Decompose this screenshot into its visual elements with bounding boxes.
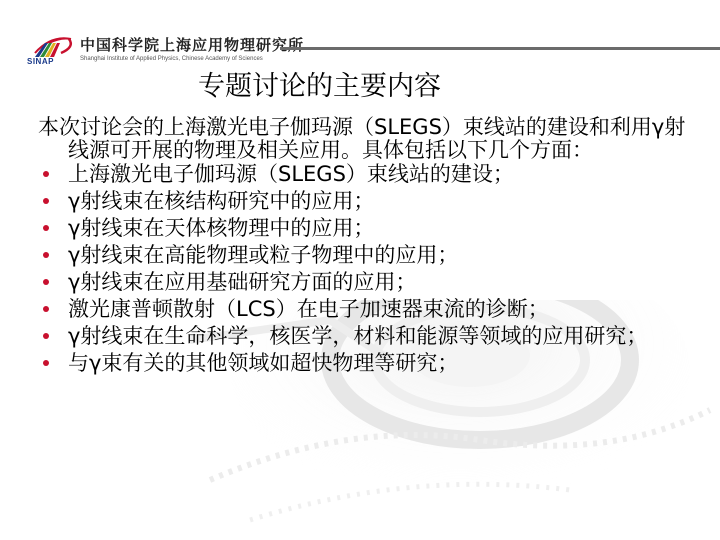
slide-header: SINAP 中国科学院上海应用物理研究所 Shanghai Institute … bbox=[0, 0, 720, 72]
bullet-icon bbox=[43, 171, 49, 177]
bullet-icon bbox=[43, 198, 49, 204]
list-item-text: γ射线束在生命科学，核医学，材料和能源等领域的应用研究； bbox=[68, 324, 647, 348]
bullet-icon bbox=[43, 279, 49, 285]
list-item: γ射线束在天体核物理中的应用； bbox=[38, 217, 688, 240]
list-item: γ射线束在生命科学，核医学，材料和能源等领域的应用研究； bbox=[38, 325, 688, 348]
topic-list: 上海激光电子伽玛源（SLEGS）束线站的建设； γ射线束在核结构研究中的应用； … bbox=[38, 163, 688, 375]
list-item-text: γ射线束在高能物理或粒子物理中的应用； bbox=[68, 243, 458, 267]
logo-abbreviation: SINAP bbox=[27, 57, 54, 66]
slide-body: 本次讨论会的上海激光电子伽玛源（SLEGS）束线站的建设和利用γ射线源可开展的物… bbox=[38, 116, 688, 379]
list-item-text: 与γ束有关的其他领域如超快物理等研究； bbox=[68, 351, 458, 375]
bullet-icon bbox=[43, 252, 49, 258]
bullet-icon bbox=[43, 360, 49, 366]
list-item-text: γ射线束在核结构研究中的应用； bbox=[68, 189, 374, 213]
list-item-text: γ射线束在应用基础研究方面的应用； bbox=[68, 270, 416, 294]
institute-name-cn: 中国科学院上海应用物理研究所 bbox=[80, 34, 304, 55]
intro-paragraph: 本次讨论会的上海激光电子伽玛源（SLEGS）束线站的建设和利用γ射线源可开展的物… bbox=[38, 116, 688, 162]
list-item: γ射线束在应用基础研究方面的应用； bbox=[38, 271, 688, 294]
list-item: 与γ束有关的其他领域如超快物理等研究； bbox=[38, 352, 688, 375]
list-item: 上海激光电子伽玛源（SLEGS）束线站的建设； bbox=[38, 163, 688, 186]
list-item: γ射线束在高能物理或粒子物理中的应用； bbox=[38, 244, 688, 267]
bullet-icon bbox=[43, 225, 49, 231]
list-item-text: γ射线束在天体核物理中的应用； bbox=[68, 216, 374, 240]
header-divider bbox=[280, 47, 720, 50]
institute-name-en: Shanghai Institute of Applied Physics, C… bbox=[80, 56, 263, 62]
list-item-text: 上海激光电子伽玛源（SLEGS）束线站的建设； bbox=[68, 162, 514, 186]
slide-title: 专题讨论的主要内容 bbox=[198, 64, 441, 103]
bullet-icon bbox=[43, 306, 49, 312]
bullet-icon bbox=[43, 333, 49, 339]
list-item-text: 激光康普顿散射（LCS）在电子加速器束流的诊断； bbox=[68, 297, 549, 321]
list-item: γ射线束在核结构研究中的应用； bbox=[38, 190, 688, 213]
list-item: 激光康普顿散射（LCS）在电子加速器束流的诊断； bbox=[38, 298, 688, 321]
